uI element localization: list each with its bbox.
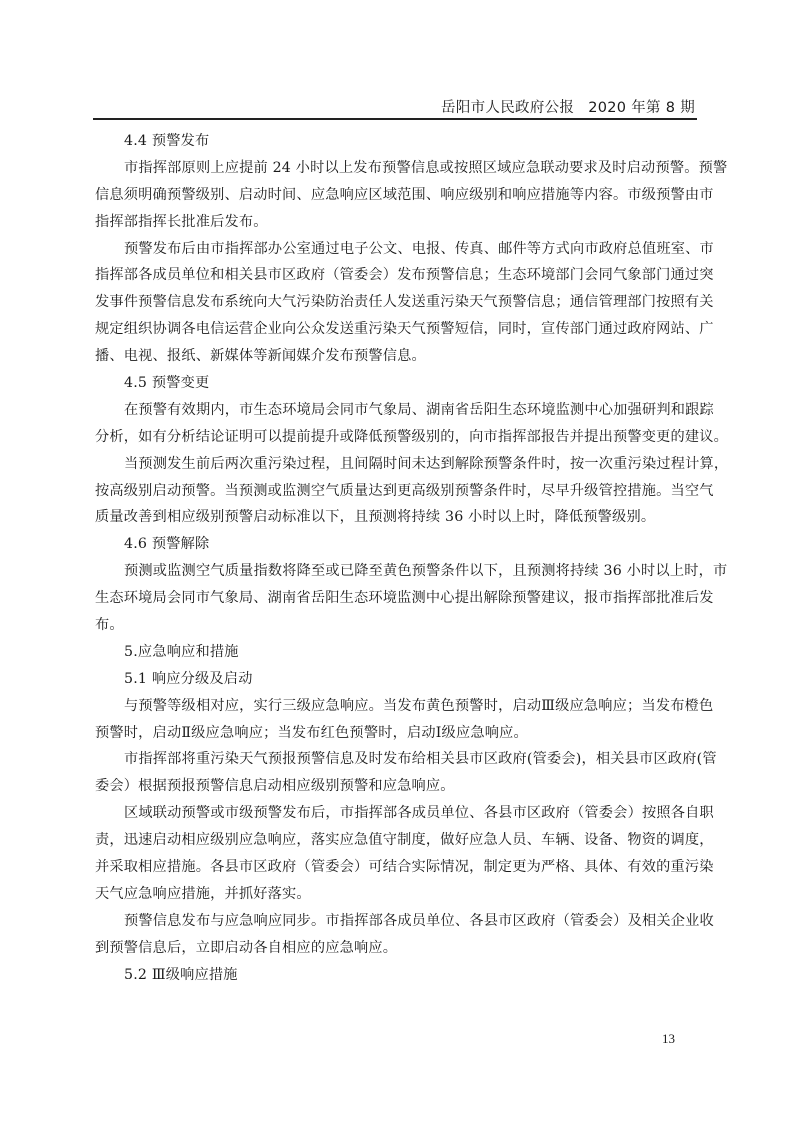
paragraph-line: 规定组织协调各电信运营企业向公众发送重污染天气预警短信，同时，宣传部门通过政府网… bbox=[95, 316, 699, 343]
paragraph-line: 与预警等级相对应，实行三级应急响应。当发布黄色预警时，启动Ⅲ级应急响应；当发布橙… bbox=[95, 693, 699, 720]
section-heading: 5.2 Ⅲ级响应措施 bbox=[95, 962, 699, 989]
paragraph-line: 预警时，启动Ⅱ级应急响应；当发布红色预警时，启动Ⅰ级应急响应。 bbox=[95, 720, 699, 747]
page-number: 13 bbox=[662, 1031, 675, 1047]
paragraph-line: 到预警信息后，立即启动各自相应的应急响应。 bbox=[95, 935, 699, 962]
paragraph-line: 当预测发生前后两次重污染过程，且间隔时间未达到解除预警条件时，按一次重污染过程计… bbox=[95, 451, 699, 478]
paragraph-line: 在预警有效期内，市生态环境局会同市气象局、湖南省岳阳生态环境监测中心加强研判和跟… bbox=[95, 397, 699, 424]
paragraph-line: 质量改善到相应级别预警启动标准以下，且预测将持续 36 小时以上时，降低预警级别… bbox=[95, 504, 699, 531]
paragraph-line: 播、电视、报纸、新媒体等新闻媒介发布预警信息。 bbox=[95, 343, 699, 370]
paragraph-line: 并采取相应措施。各县市区政府（管委会）可结合实际情况，制定更为严格、具体、有效的… bbox=[95, 854, 699, 881]
paragraph-line: 预测或监测空气质量指数将降至或已降至黄色预警条件以下，且预测将持续 36 小时以… bbox=[95, 558, 699, 585]
paragraph-line: 委会）根据预报预警信息启动相应级别预警和应急响应。 bbox=[95, 773, 699, 800]
paragraph-line: 发事件预警信息发布系统向大气污染防治责任人发送重污染天气预警信息；通信管理部门按… bbox=[95, 289, 699, 316]
paragraph-line: 指挥部各成员单位和相关县市区政府（管委会）发布预警信息；生态环境部门会同气象部门… bbox=[95, 262, 699, 289]
paragraph-line: 天气应急响应措施，并抓好落实。 bbox=[95, 881, 699, 908]
document-body: 4.4 预警发布市指挥部原则上应提前 24 小时以上发布预警信息或按照区域应急联… bbox=[95, 128, 699, 989]
section-heading: 4.5 预警变更 bbox=[95, 370, 699, 397]
paragraph-line: 分析，如有分析结论证明可以提前提升或降低预警级别的，向市指挥部报告并提出预警变更… bbox=[95, 424, 699, 451]
section-heading: 5.1 响应分级及启动 bbox=[95, 666, 699, 693]
paragraph-line: 按高级别启动预警。当预测或监测空气质量达到更高级别预警条件时，尽早升级管控措施。… bbox=[95, 478, 699, 505]
publication-name: 岳阳市人民政府公报 bbox=[441, 100, 574, 116]
paragraph-line: 预警信息发布与应急响应同步。市指挥部各成员单位、各县市区政府（管委会）及相关企业… bbox=[95, 908, 699, 935]
section-heading: 5.应急响应和措施 bbox=[95, 639, 699, 666]
page-header: 岳阳市人民政府公报2020 年第 8 期 bbox=[93, 96, 697, 120]
paragraph-line: 预警发布后由市指挥部办公室通过电子公文、电报、传真、邮件等方式向市政府总值班室、… bbox=[95, 236, 699, 263]
header-title: 岳阳市人民政府公报2020 年第 8 期 bbox=[441, 96, 695, 117]
paragraph-line: 生态环境局会同市气象局、湖南省岳阳生态环境监测中心提出解除预警建议，报市指挥部批… bbox=[95, 585, 699, 612]
paragraph-line: 市指挥部原则上应提前 24 小时以上发布预警信息或按照区域应急联动要求及时启动预… bbox=[95, 155, 699, 182]
section-heading: 4.4 预警发布 bbox=[95, 128, 699, 155]
paragraph-line: 区域联动预警或市级预警发布后，市指挥部各成员单位、各县市区政府（管委会）按照各自… bbox=[95, 800, 699, 827]
paragraph-line: 信息须明确预警级别、启动时间、应急响应区域范围、响应级别和响应措施等内容。市级预… bbox=[95, 182, 699, 209]
paragraph-line: 布。 bbox=[95, 612, 699, 639]
section-heading: 4.6 预警解除 bbox=[95, 531, 699, 558]
paragraph-line: 指挥部指挥长批准后发布。 bbox=[95, 209, 699, 236]
paragraph-line: 责，迅速启动相应级别应急响应，落实应急值守制度，做好应急人员、车辆、设备、物资的… bbox=[95, 827, 699, 854]
paragraph-line: 市指挥部将重污染天气预报预警信息及时发布给相关县市区政府(管委会)，相关县市区政… bbox=[95, 746, 699, 773]
issue-number: 2020 年第 8 期 bbox=[588, 100, 695, 116]
